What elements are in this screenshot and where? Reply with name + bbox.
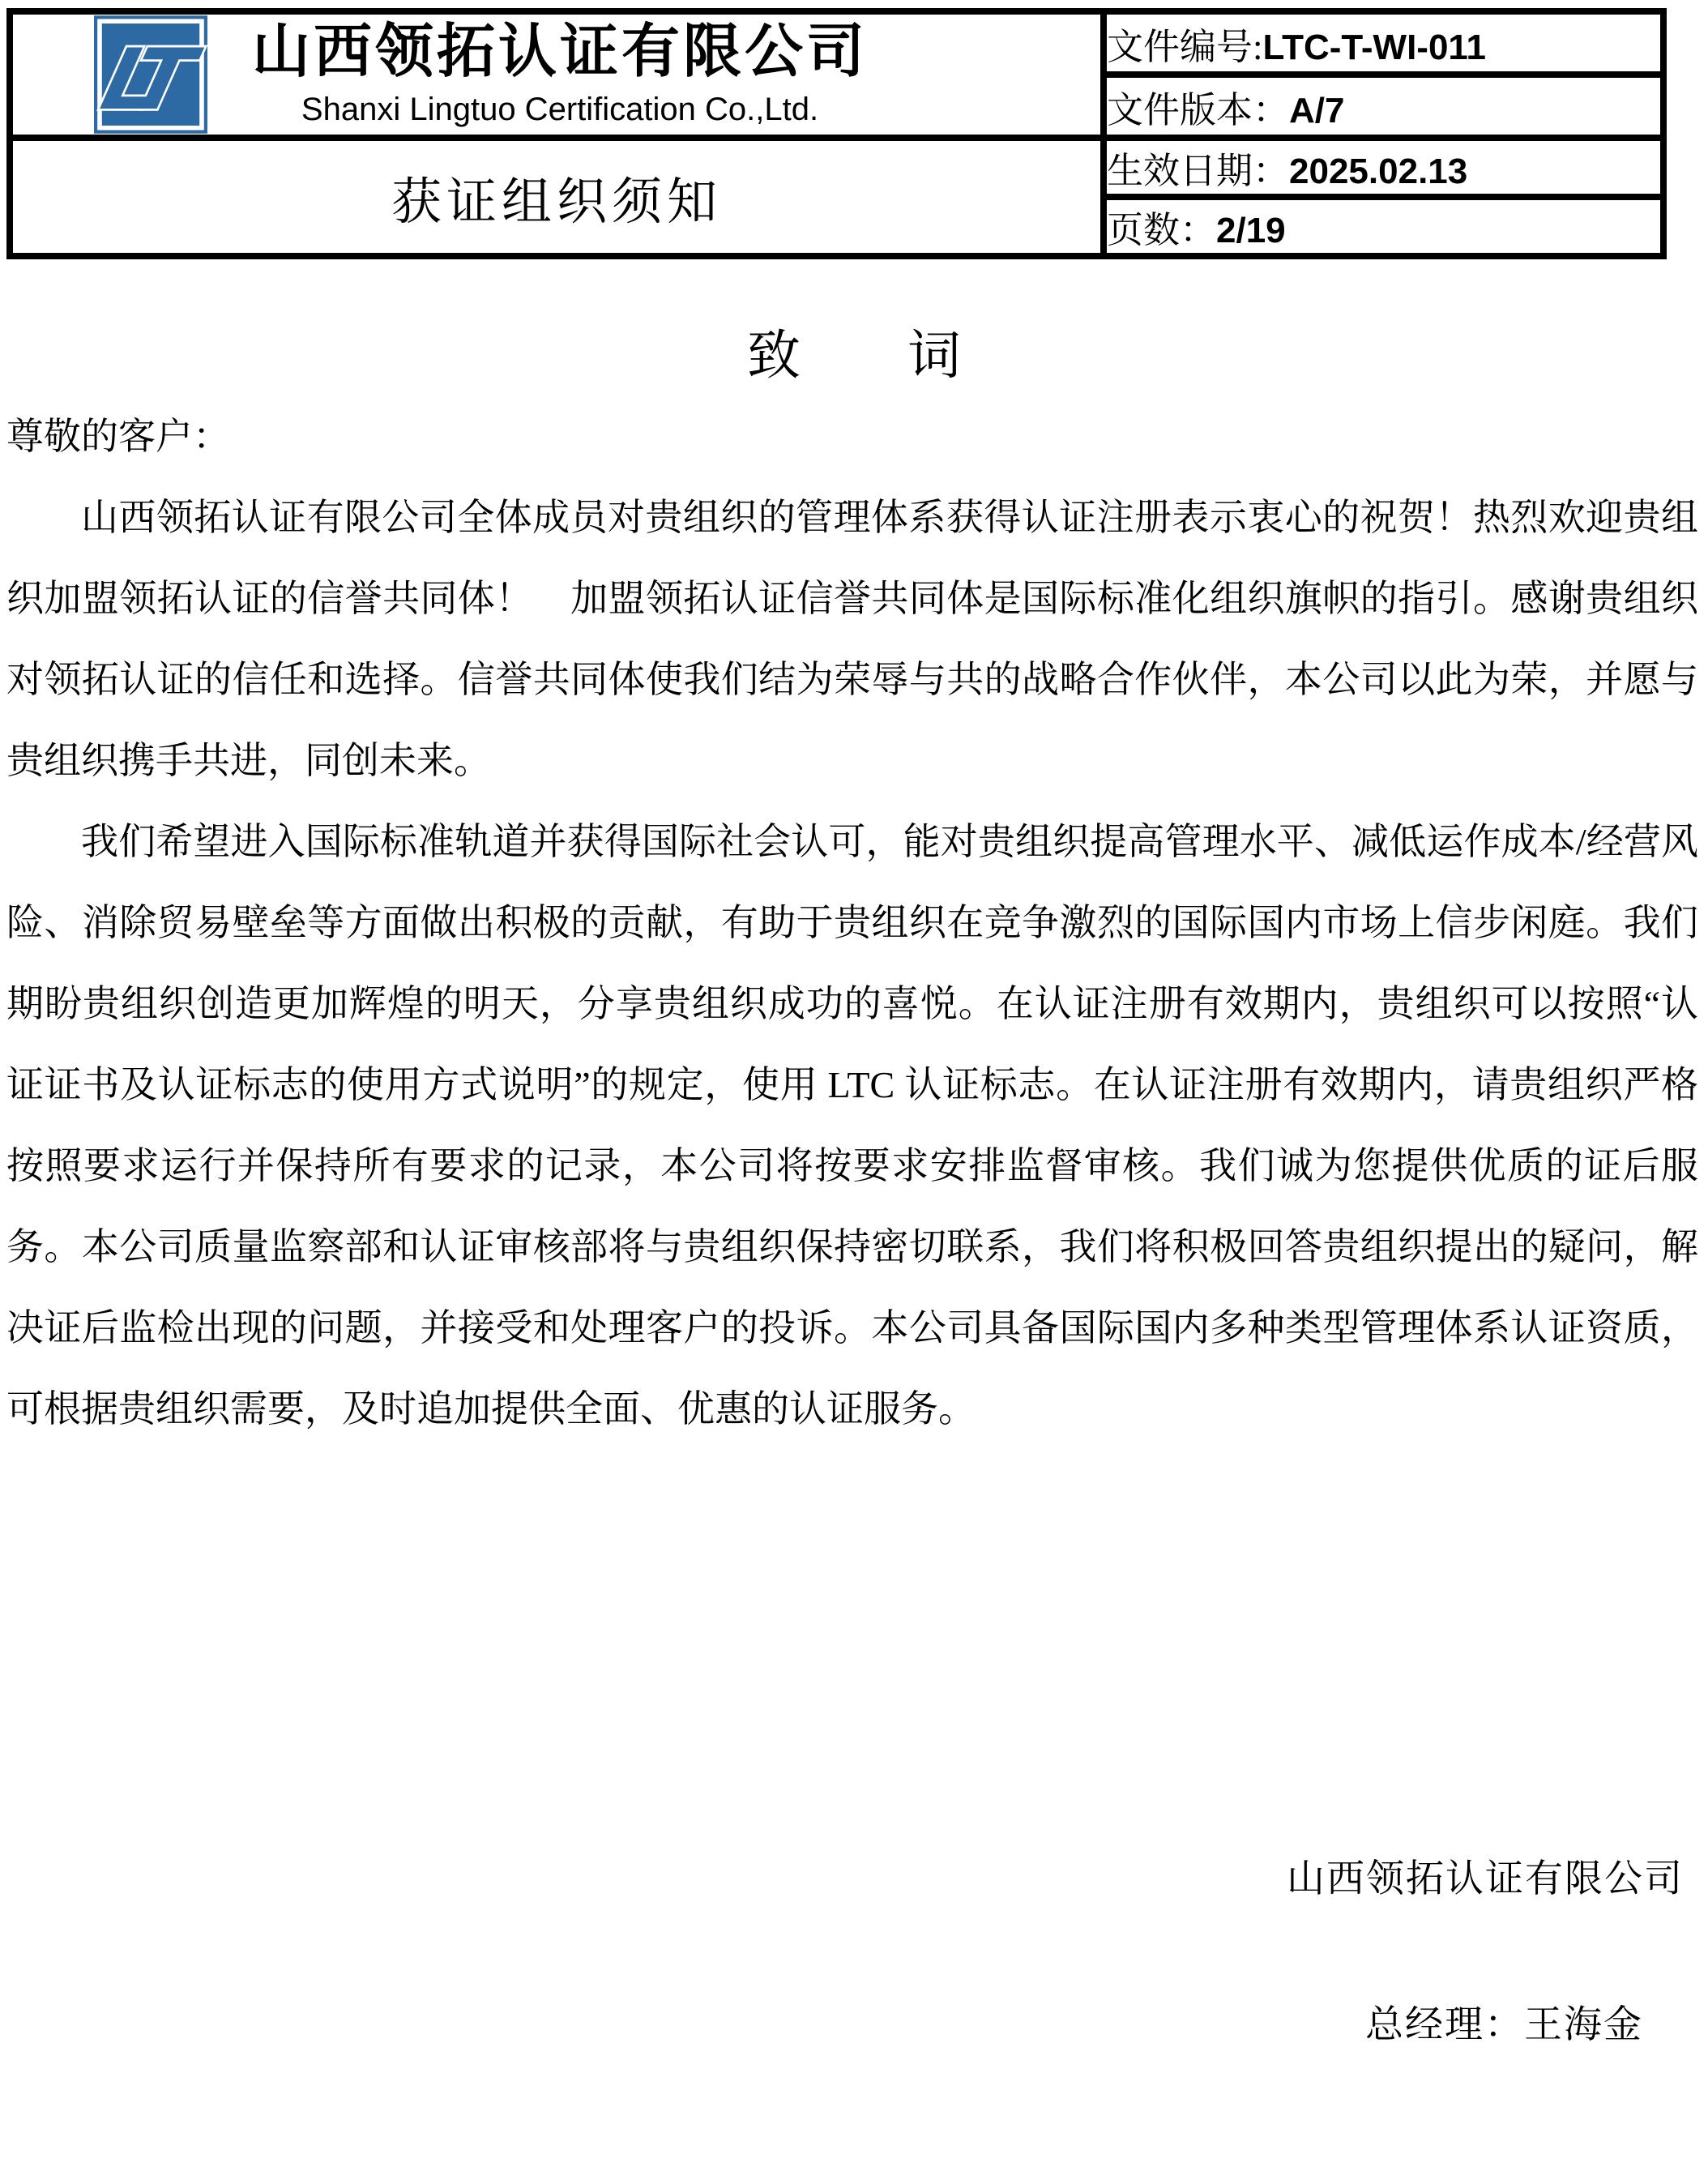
page-count-label: 页数： (1107, 210, 1216, 250)
doc-title-cell: 获证组织须知 (10, 138, 1104, 256)
doc-number-value: LTC-T-WI-011 (1263, 28, 1486, 67)
lingtuo-lt-logo-icon: LT (94, 15, 207, 134)
field-effective-date: 生效日期：2025.02.13 (1104, 138, 1663, 197)
effective-date-value: 2025.02.13 (1289, 152, 1467, 191)
effective-date-label: 生效日期： (1107, 151, 1289, 191)
salutation-paragraph: 尊敬的客户： (6, 396, 1698, 477)
doc-version-value: A/7 (1289, 91, 1344, 130)
page: { "header": { "logo": { "letters": "LT",… (0, 0, 1708, 2167)
company-header-cell: LT 山西领拓认证有限公司 Shanxi Lingtuo Certificati… (10, 11, 1104, 138)
letter-paragraph-2: 我们希望进入国际标准轨道并获得国际社会认可，能对贵组织提高管理水平、减低运作成本… (6, 801, 1698, 1450)
doc-title: 获证组织须知 (391, 175, 722, 230)
signature-general-manager: 总经理：王海金 (0, 1985, 1708, 2066)
field-page-count: 页数：2/19 (1104, 197, 1663, 256)
letter-paragraph-1: 山西领拓认证有限公司全体成员对贵组织的管理体系获得认证注册表示衷心的祝贺！热烈欢… (6, 477, 1698, 801)
doc-version-label: 文件版本： (1107, 90, 1289, 130)
doc-number-label: 文件编号: (1107, 27, 1263, 67)
header-table: LT 山西领拓认证有限公司 Shanxi Lingtuo Certificati… (6, 8, 1667, 259)
letter-body: 尊敬的客户： 山西领拓认证有限公司全体成员对贵组织的管理体系获得认证注册表示衷心… (6, 396, 1698, 1450)
field-doc-version: 文件版本：A/7 (1104, 75, 1663, 138)
field-doc-number: 文件编号:LTC-T-WI-011 (1104, 11, 1663, 75)
letter-title: 致 词 (0, 324, 1708, 388)
signature-company: 山西领拓认证有限公司 (0, 1839, 1708, 1920)
company-name-en: Shanxi Lingtuo Certification Co.,Ltd. (301, 90, 818, 129)
page-count-value: 2/19 (1216, 211, 1286, 250)
company-name-cn: 山西领拓认证有限公司 (252, 20, 868, 84)
